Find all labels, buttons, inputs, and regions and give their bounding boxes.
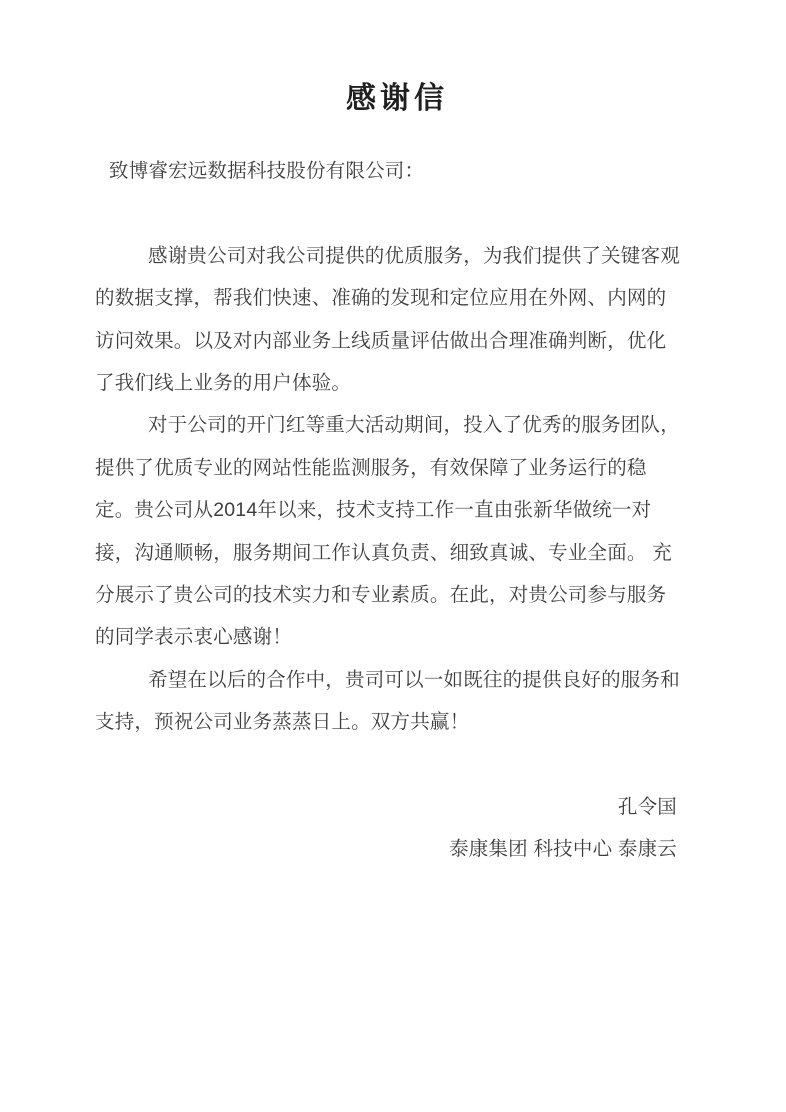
signature-name: 孔令国 xyxy=(95,786,677,828)
paragraph-line: 分展示了贵公司的技术实力和专业素质。在此，对贵公司参与服务 xyxy=(95,574,677,616)
paragraph-line: 的数据支撑，帮我们快速、准确的发现和定位应用在外网、内网的 xyxy=(95,277,677,319)
paragraph-line: 提供了优质专业的网站性能监测服务，有效保障了业务运行的稳 xyxy=(95,447,677,489)
signature-block: 孔令国 泰康集团 科技中心 泰康云 xyxy=(95,786,677,871)
paragraph-line: 接，沟通顺畅，服务期间工作认真负责、细致真诚、专业全面。 充 xyxy=(95,532,677,574)
paragraph-3: 希望在以后的合作中，贵司可以一如既往的提供良好的服务和 支持，预祝公司业务蒸蒸日… xyxy=(95,659,677,744)
paragraph-line: 访问效果。以及对内部业务上线质量评估做出合理准确判断，优化 xyxy=(95,320,677,362)
paragraph-line: 了我们线上业务的用户体验。 xyxy=(95,362,677,404)
letter-title: 感谢信 xyxy=(0,82,786,116)
letter-page: 感谢信 致博睿宏远数据科技股份有限公司： 感谢贵公司对我公司提供的优质服务，为我… xyxy=(0,0,786,1112)
paragraph-line: 对于公司的开门红等重大活动期间，投入了优秀的服务团队， xyxy=(95,404,677,446)
paragraph-line: 的同学表示衷心感谢！ xyxy=(95,616,677,658)
paragraph-2: 对于公司的开门红等重大活动期间，投入了优秀的服务团队， 提供了优质专业的网站性能… xyxy=(95,404,677,658)
letter-body: 致博睿宏远数据科技股份有限公司： 感谢贵公司对我公司提供的优质服务，为我们提供了… xyxy=(95,150,677,871)
salutation-line: 致博睿宏远数据科技股份有限公司： xyxy=(95,150,677,192)
paragraph-line: 希望在以后的合作中，贵司可以一如既往的提供良好的服务和 xyxy=(95,659,677,701)
paragraph-line: 感谢贵公司对我公司提供的优质服务，为我们提供了关键客观 xyxy=(95,235,677,277)
paragraph-line: 定。贵公司从2014年以来，技术支持工作一直由张新华做统一对 xyxy=(95,489,677,531)
paragraph-1: 感谢贵公司对我公司提供的优质服务，为我们提供了关键客观 的数据支撑，帮我们快速、… xyxy=(95,235,677,405)
paragraph-line: 支持，预祝公司业务蒸蒸日上。双方共赢！ xyxy=(95,701,677,743)
signature-organization: 泰康集团 科技中心 泰康云 xyxy=(95,828,677,870)
